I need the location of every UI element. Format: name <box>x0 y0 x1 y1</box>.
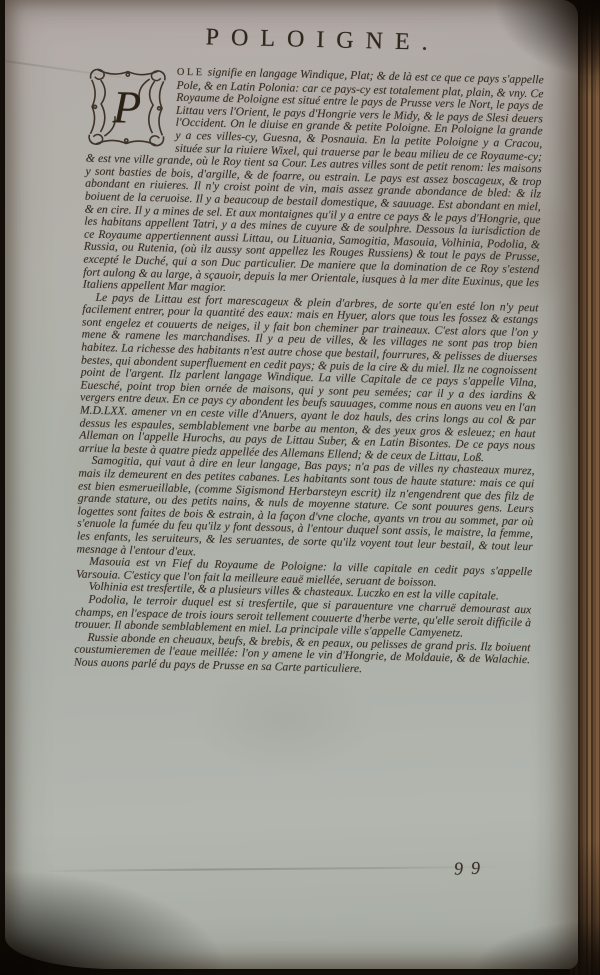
lead-in-word: OLE <box>177 67 205 79</box>
paragraph-1: P OLE signifie en langage Windique, Plat… <box>83 64 544 302</box>
paragraph-3: Samogitia, qui vaut à dire en leur langa… <box>76 455 534 566</box>
text-block: POLOIGNE. <box>74 22 545 680</box>
corner-shadow-bottom-right <box>460 915 600 975</box>
body-text: P OLE signifie en langage Windique, Plat… <box>74 64 544 680</box>
page-title: POLOIGNE. <box>88 22 545 60</box>
paragraph-2: Le pays de Littau est fort marescageux &… <box>79 291 539 465</box>
drop-cap: P <box>86 66 168 150</box>
book-photo: POLOIGNE. <box>0 0 600 975</box>
page-number: 99 <box>454 857 489 879</box>
page-surface: POLOIGNE. <box>5 0 578 969</box>
corner-shadow-top-right <box>490 0 600 80</box>
corner-shadow-bottom-left <box>0 855 260 975</box>
drop-cap-letter: P <box>111 81 141 133</box>
